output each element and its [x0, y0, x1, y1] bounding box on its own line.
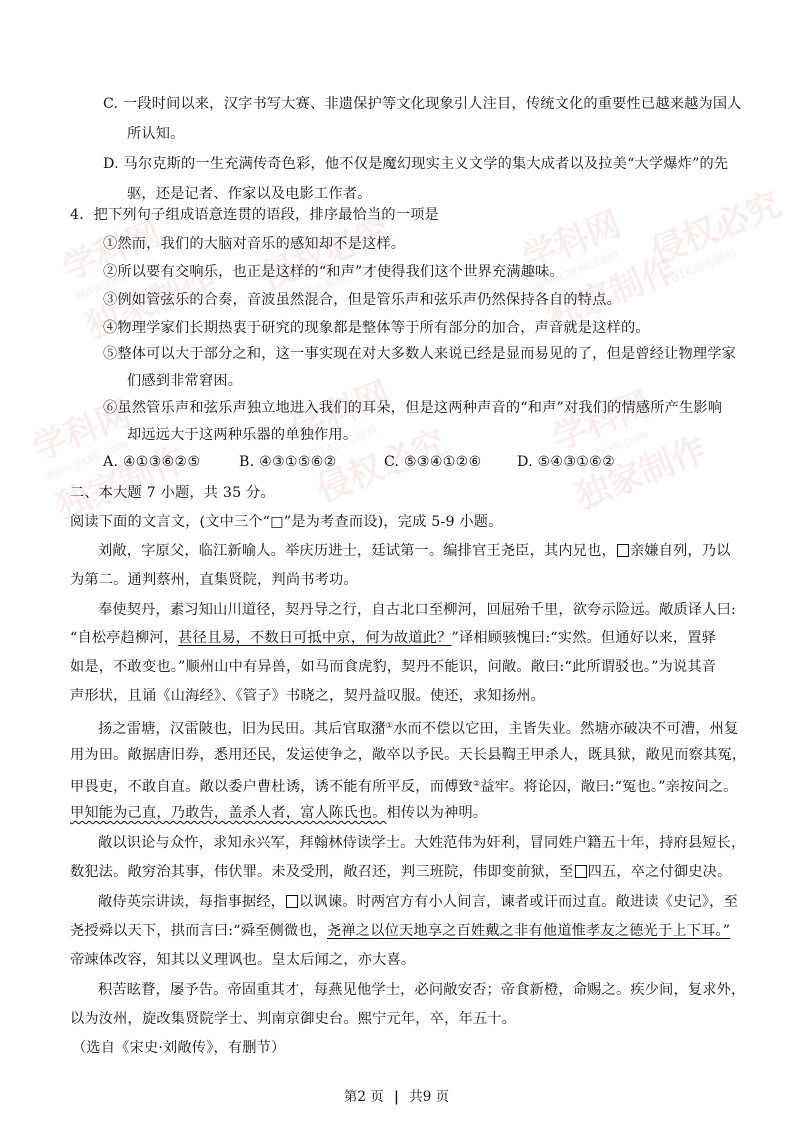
- passage-p3-line3: 甲畏吏，不敢自直。敞以委户曹杜诱，诱不能有所平反，而傅致②益牢。将论囚，敞曰:“…: [70, 774, 738, 797]
- text: ”译相顾骇愧曰:“实然。但通好以来，置驿: [452, 630, 716, 646]
- q3-option-c: C. 一段时间以来，汉字书写大赛、非遗保护等文化现象引人注目，传统文化的重要性已…: [103, 94, 742, 114]
- q3-option-d-cont: 驱，还是记者、作家以及电影工作者。: [127, 184, 372, 204]
- option-label: B.: [239, 454, 254, 470]
- passage-p1-line2: 为第二。通判蔡州，直集贤院，判尚书考功。: [70, 570, 358, 590]
- q3-option-c-cont: 所认知。: [127, 124, 185, 144]
- passage-p5-line2: 尧授舜以天下，拱而言曰:“舜至侧微也，尧禅之以位天地享之百姓戴之非有他道惟孝友之…: [70, 921, 730, 941]
- passage-p3-line4: 甲知能为己直，乃敢告，盖杀人者，富人陈氏也。相传以为神明。: [70, 803, 487, 823]
- option-text: 马尔克斯的一生充满传奇色彩，他不仅是魔幻现实主义文学的集大成者以及拉美“大学爆炸…: [124, 156, 729, 172]
- option-label: C.: [384, 454, 399, 470]
- page-footer: 第2 页 | 共9 页: [0, 1085, 793, 1105]
- q4-stem: 4．把下列句子组成语意连贯的语段，排序最恰当的一项是: [70, 205, 439, 225]
- q4-sentence-5: ⑤整体可以大于部分之和，这一事实现在对大多数人来说已经是显而易见的了，但是曾经让…: [103, 344, 736, 364]
- q4-option-a: A. ④①③⑥②⑤: [103, 452, 200, 472]
- passage-source: （选自《宋史·刘敞传》，有删节）: [72, 1038, 285, 1058]
- option-label: A.: [103, 454, 118, 470]
- text: 数犯法。敞穷治其事，伟伏罪。未及受刑，敞召还，判三班院，伟即变前狱，至: [70, 864, 574, 880]
- option-label: D.: [517, 454, 533, 470]
- passage-p5-line3: 帝竦体改容，知其以义理讽也。皇太后闻之，亦大喜。: [70, 950, 415, 970]
- text: 水而不偿以它田，主皆失业。然塘亦破决不可漕，州复: [393, 721, 738, 737]
- passage-p3-line1: 扬之雷塘，汉雷陂也，旧为民田。其后官取潴①水而不偿以它田，主皆失业。然塘亦破决不…: [98, 716, 738, 739]
- passage-p2-line1: 奉使契丹，素习知山川道径，契丹导之行，自古北口至柳河，回屈殆千里，欲夸示险远。敞…: [98, 600, 736, 620]
- passage-p1-line1: 刘敞，字原父，临江新喻人。举庆历进士，廷试第一。编排官王尧臣，其内兄也，亲嫌自列…: [98, 541, 731, 561]
- text: 尧授舜以天下，拱而言曰:“舜至侧微也，: [70, 923, 327, 939]
- text: 益牢。将论囚，敞曰:“冤也。”亲按问之。: [480, 779, 737, 795]
- page-number: 第2 页: [344, 1089, 384, 1105]
- page-total: 共9 页: [409, 1089, 449, 1105]
- section-heading: 二、本大题 7 小题，共 35 分。: [70, 483, 275, 503]
- q4-sentence-5-cont: 们感到非常窘困。: [127, 371, 242, 391]
- blank-box: [575, 865, 587, 878]
- passage-p2-line4: 声形状，且诵《山海经》、《管子》书晓之，契丹益叹服。使还，求知扬州。: [70, 686, 545, 706]
- option-label: D.: [103, 156, 119, 172]
- text: 刘敞，字原父，临江新喻人。举庆历进士，廷试第一。编排官王尧臣，其内兄也，: [98, 543, 616, 559]
- passage-p2-line2: “自松亭趋柳河，甚径且易，不数日可抵中京，何为故道此？”译相顾骇愧曰:“实然。但…: [70, 628, 716, 648]
- text: 相传以为神明。: [387, 805, 488, 821]
- q4-option-d: D. ⑤④③①⑥②: [517, 452, 615, 472]
- q4-option-b: B. ④③①⑤⑥②: [239, 452, 337, 472]
- q4-sentence-3: ③例如管弦乐的合奏，音波虽然混合，但是管乐声和弦乐声仍然保持各自的特点。: [103, 290, 621, 310]
- underlined-sentence: 尧禅之以位天地享之百姓戴之非有他道惟孝友之德光于上下耳。”: [327, 923, 730, 939]
- option-value: ⑤③④①②⑥: [404, 454, 482, 470]
- q4-sentence-2: ②所以要有交响乐，也正是这样的“和声”才使得我们这个世界充满趣味。: [103, 262, 564, 282]
- exam-page: 学科网www.zxxk.com独家制作 侵权必究2014高考解析 学科网www.…: [0, 0, 793, 1122]
- watermark: 侵权必究2014高考解析: [643, 177, 793, 289]
- wavy-underlined-sentence: 甲知能为己直，乃敢告，盖杀人者，富人陈氏也。: [70, 805, 387, 821]
- text: “自松亭趋柳河，: [70, 630, 178, 646]
- q4-sentence-1: ①然而，我们的大脑对音乐的感知却不是这样。: [103, 234, 405, 254]
- passage-p6-line1: 积苦眩瞀，屡予告。帝固重其才，每燕见他学士，必问敞安否；帝食新橙，命赐之。疾少间…: [98, 980, 745, 1000]
- passage-p6-line2: 以为汝州，旋改集贤院学士、判南京御史台。熙宁元年，卒，年五十。: [70, 1009, 516, 1029]
- option-value: ④①③⑥②⑤: [123, 454, 201, 470]
- passage-p5-line1: 敞侍英宗讲读，每指事据经，以讽谏。时两宫方有小人间言，谏者或讦而过直。敞进读《史…: [98, 892, 738, 912]
- section-instruction: 阅读下面的文言文，(文中三个“□”是为考查而设)，完成 5-9 小题。: [70, 512, 503, 532]
- q4-sentence-4: ④物理学家们长期热衷于研究的现象都是整体等于所有部分的加合，声音就是这样的。: [103, 318, 650, 338]
- passage-p2-line3: 如是，不敢变也。”顺州山中有异兽，如马而食虎豹，契丹不能识，问敞。敞曰:“此所谓…: [70, 657, 716, 677]
- passage-p3-line2: 用为田。敞据唐旧券，悉用还民，发运使争之，敞卒以予民。天长县鞫王甲杀人，既具狱，…: [70, 745, 746, 765]
- q3-option-d: D. 马尔克斯的一生充满传奇色彩，他不仅是魔幻现实主义文学的集大成者以及拉美“大…: [103, 154, 728, 174]
- text: 敞侍英宗讲读，每指事据经，: [98, 894, 285, 910]
- watermark: 学科网www.zxxk.com独家制作: [514, 184, 682, 339]
- text: 以讽谏。时两宫方有小人间言，谏者或讦而过直。敞进读《史记》，至: [299, 894, 738, 910]
- q4-sentence-6-cont: 却远远大于这两种乐器的单独作用。: [127, 425, 357, 445]
- passage-p4-line2: 数犯法。敞穷治其事，伟伏罪。未及受刑，敞召还，判三班院，伟即变前狱，至四五，卒之…: [70, 862, 731, 882]
- footer-separator: |: [394, 1089, 399, 1105]
- text: 四五，卒之付御史决。: [588, 864, 732, 880]
- option-label: C.: [103, 96, 118, 112]
- option-text: 一段时间以来，汉字书写大赛、非遗保护等文化现象引人注目，传统文化的重要性已越来越…: [123, 96, 742, 112]
- text: 甲畏吏，不敢自直。敞以委户曹杜诱，诱不能有所平反，而傅致: [70, 779, 473, 795]
- blank-box: [286, 895, 298, 908]
- option-value: ⑤④③①⑥②: [538, 454, 616, 470]
- q4-option-c: C. ⑤③④①②⑥: [384, 452, 482, 472]
- text: 扬之雷塘，汉雷陂也，旧为民田。其后官取潴: [98, 721, 386, 737]
- passage-p4-line1: 敞以识论与众忤，求知永兴军，拜翰林侍读学士。大姓范伟为奸利，冒同姓户籍五十年，持…: [98, 833, 745, 853]
- blank-box: [617, 544, 629, 557]
- q4-sentence-6: ⑥虽然管乐声和弦乐声独立地进入我们的耳朵，但是这两种声音的“和声”对我们的情感所…: [103, 398, 722, 418]
- watermark: 学科网www.zxxk.com独家制作: [544, 364, 712, 519]
- text: 亲嫌自列，乃以: [630, 543, 731, 559]
- watermark: 学科网www.zxxk.com独家制作: [24, 374, 192, 529]
- underlined-sentence: 甚径且易，不数日可抵中京，何为故道此？: [178, 630, 451, 646]
- option-value: ④③①⑤⑥②: [259, 454, 337, 470]
